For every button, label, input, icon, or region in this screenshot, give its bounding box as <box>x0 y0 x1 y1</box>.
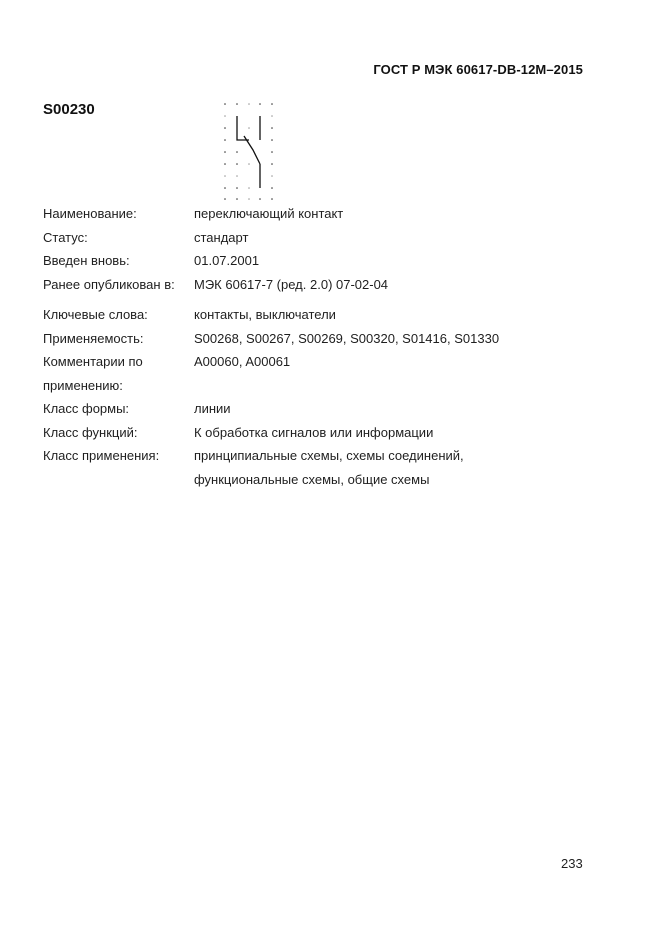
field-label: Введен вновь: <box>43 249 194 273</box>
symbol-info-table: Наименование: переключающий контакт Стат… <box>43 202 499 491</box>
field-application-comments: Комментарии по A00060, A00061 <box>43 350 499 374</box>
field-label: Статус: <box>43 226 194 250</box>
field-value: принципиальные схемы, схемы соединений, <box>194 444 464 468</box>
field-value: стандарт <box>194 226 248 250</box>
field-label: Класс применения: <box>43 444 194 468</box>
field-application-class-cont: функциональные схемы, общие схемы <box>43 468 499 492</box>
field-label: Наименование: <box>43 202 194 226</box>
field-keywords: Ключевые слова: контакты, выключатели <box>43 303 499 327</box>
field-label: Класс функций: <box>43 421 194 445</box>
section-gap <box>43 296 499 303</box>
field-label: применению: <box>43 374 194 398</box>
field-value: МЭК 60617-7 (ред. 2.0) 07-02-04 <box>194 273 388 297</box>
symbol-code: S00230 <box>43 101 95 118</box>
field-value: функциональные схемы, общие схемы <box>194 468 429 492</box>
field-value: 01.07.2001 <box>194 249 259 273</box>
field-application-class: Класс применения: принципиальные схемы, … <box>43 444 499 468</box>
field-value: К обработка сигналов или информации <box>194 421 433 445</box>
field-function-class: Класс функций: К обработка сигналов или … <box>43 421 499 445</box>
field-application-comments-cont: применению: <box>43 374 499 398</box>
field-shape-class: Класс формы: линии <box>43 397 499 421</box>
field-label: Ключевые слова: <box>43 303 194 327</box>
field-applicability: Применяемость: S00268, S00267, S00269, S… <box>43 327 499 351</box>
field-value: переключающий контакт <box>194 202 343 226</box>
field-value: A00060, A00061 <box>194 350 290 374</box>
field-value: контакты, выключатели <box>194 303 336 327</box>
field-value: S00268, S00267, S00269, S00320, S01416, … <box>194 327 499 351</box>
field-label: Применяемость: <box>43 327 194 351</box>
page-number: 233 <box>561 856 583 871</box>
field-name: Наименование: переключающий контакт <box>43 202 499 226</box>
field-label: Класс формы: <box>43 397 194 421</box>
field-label: Ранее опубликован в: <box>43 273 194 297</box>
field-status: Статус: стандарт <box>43 226 499 250</box>
field-value: линии <box>194 397 231 421</box>
document-header: ГОСТ Р МЭК 60617-DB-12M–2015 <box>373 62 583 77</box>
field-label: Комментарии по <box>43 350 194 374</box>
field-introduced: Введен вновь: 01.07.2001 <box>43 249 499 273</box>
changeover-contact-symbol-icon <box>215 98 285 204</box>
field-previously-published: Ранее опубликован в: МЭК 60617-7 (ред. 2… <box>43 273 499 297</box>
